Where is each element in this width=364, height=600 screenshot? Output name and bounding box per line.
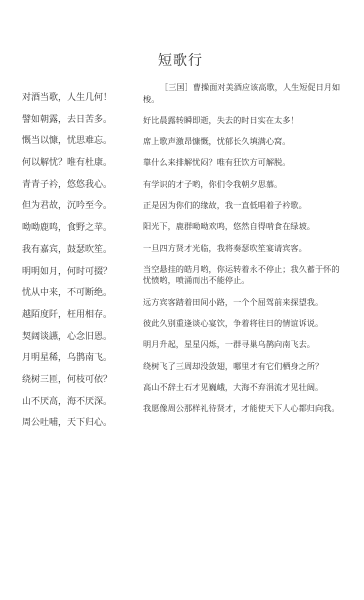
poem-line: 山不厌高，海不厌深。 <box>22 395 132 417</box>
translation-paragraph: 靠什么来排解忧闷？唯有狂饮方可解脱。 <box>143 157 343 169</box>
translation-paragraph: 绕树飞了三周却没敛翅，哪里才有它们栖身之所？ <box>143 361 343 373</box>
translation-paragraph: 当空悬挂的皓月哟，你运转着永不停止；我久蓄于怀的忧愤哟，喷涌而出不能停止。 <box>143 264 343 287</box>
translation-paragraph: 有学识的才子哟，你们令我朝夕思慕。 <box>143 179 343 191</box>
poem-line: 慨当以慷，忧思难忘。 <box>22 134 132 156</box>
poem-line: 周公吐哺，天下归心。 <box>22 416 132 438</box>
poem-line: 我有嘉宾，鼓瑟吹笙。 <box>22 243 132 265</box>
translation-paragraph: 我愿像周公那样礼待贤才，才能使天下人心都归向我。 <box>143 403 343 415</box>
translation-paragraph: 远方宾客踏着田间小路，一个个屈驾前来探望我。 <box>143 297 343 309</box>
poem-line: 月明星稀，乌鹊南飞。 <box>22 351 132 373</box>
poem-line: 何以解忧？唯有杜康。 <box>22 156 132 178</box>
translation-paragraph: 正是因为你们的缘故，我一直低唱着子衿歌。 <box>143 200 343 212</box>
poem-line: 对酒当歌，人生几何！ <box>22 91 132 113</box>
poem-line: 契阔谈讌，心念旧恩。 <box>22 330 132 352</box>
poem-line: 越陌度阡，枉用相存。 <box>22 308 132 330</box>
poem-line: 绕树三匝，何枝可依？ <box>22 373 132 395</box>
translation-paragraph: 好比晨露转瞬即逝，失去的时日实在太多！ <box>143 115 343 127</box>
translation-column: ［三国］曹操面对美酒应该高歌，人生短促日月如梭。 好比晨露转瞬即逝，失去的时日实… <box>143 82 343 424</box>
poem-line: 明明如月，何时可掇？ <box>22 265 132 287</box>
translation-paragraph: 席上歌声激昂慷慨，忧郁长久填满心窝。 <box>143 136 343 148</box>
poem-line: 譬如朝露，去日苦多。 <box>22 113 132 135</box>
translation-paragraph: 高山不辞土石才见巍峨，大海不弃涓流才见壮阔。 <box>143 382 343 394</box>
translation-paragraph: 彼此久别重逢谈心宴饮，争着将往日的情谊诉说。 <box>143 318 343 330</box>
translation-paragraph: 明月升起，星星闪烁，一群寻巢乌鹊向南飞去。 <box>143 339 343 351</box>
poem-line: 呦呦鹿鸣，食野之苹。 <box>22 221 132 243</box>
translation-intro: ［三国］曹操面对美酒应该高歌，人生短促日月如梭。 <box>143 82 343 105</box>
poem-line: 忧从中来，不可断绝。 <box>22 286 132 308</box>
poem-title: 短歌行 <box>158 50 203 70</box>
poem-line: 青青子衿，悠悠我心。 <box>22 178 132 200</box>
translation-paragraph: 阳光下，鹿群呦呦欢鸣，悠然自得啃食在绿坡。 <box>143 221 343 233</box>
poem-line: 但为君故，沉吟至今。 <box>22 199 132 221</box>
translation-paragraph: 一旦四方贤才光临，我将奏瑟吹笙宴请宾客。 <box>143 243 343 255</box>
original-poem-column: 对酒当歌，人生几何！ 譬如朝露，去日苦多。 慨当以慷，忧思难忘。 何以解忧？唯有… <box>22 91 132 438</box>
